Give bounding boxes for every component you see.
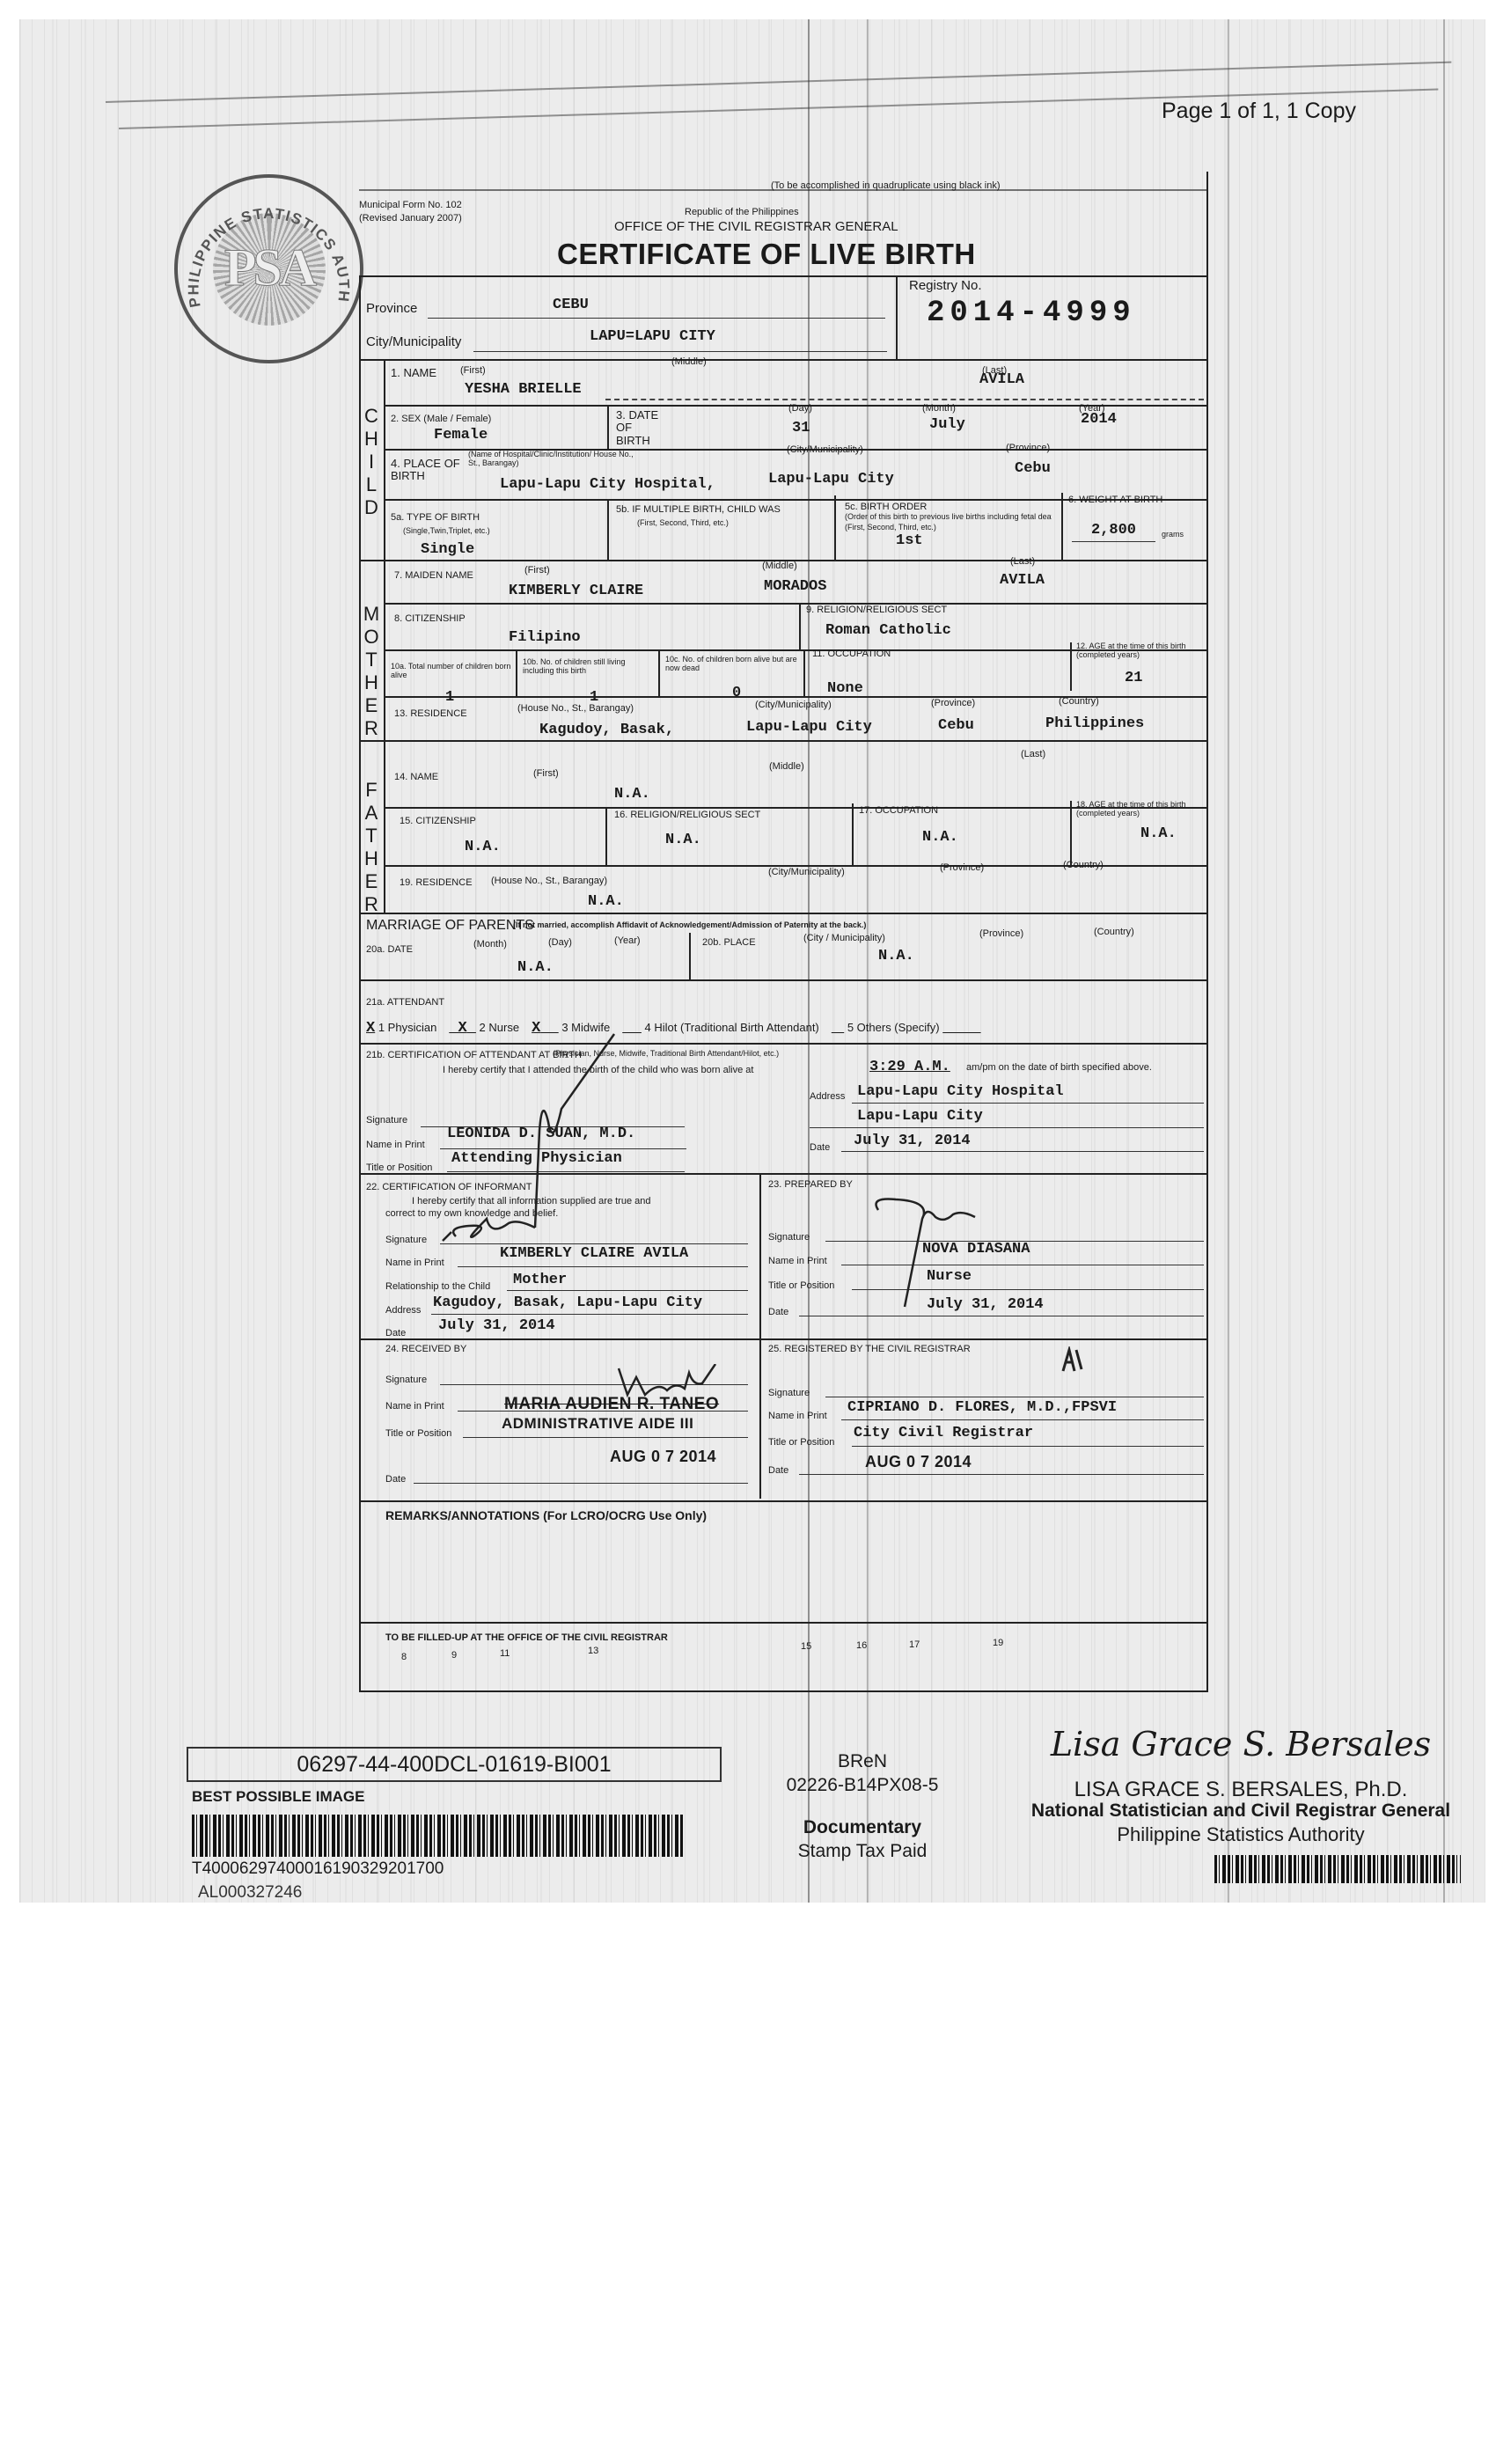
- mother-religion: Roman Catholic: [825, 622, 951, 639]
- document-code: 06297-44-400DCL-01619-BI001: [187, 1747, 722, 1782]
- mother-residence-country: Philippines: [1045, 715, 1144, 732]
- scan-streak: [1443, 19, 1445, 1903]
- mother-residence-province: Cebu: [938, 717, 974, 734]
- informant-relationship: Mother: [513, 1272, 567, 1288]
- serial-number: AL000327246: [198, 1883, 302, 1903]
- attendant-date: July 31, 2014: [854, 1133, 971, 1149]
- signatory-title: National Statistician and Civil Registra…: [1003, 1800, 1478, 1822]
- registrar-initials: [1059, 1346, 1085, 1373]
- mother-residence-city: Lapu-Lapu City: [746, 719, 872, 736]
- father-section-label: FATHER: [362, 779, 381, 916]
- republic-label: Republic of the Philippines: [685, 207, 799, 217]
- attendant-option-others: 5 Others (Specify): [832, 1021, 981, 1034]
- informant-signature: [438, 1210, 544, 1245]
- mother-last-name: AVILA: [1000, 572, 1045, 589]
- bren-label: BReN: [774, 1751, 950, 1772]
- mother-citizenship: Filipino: [509, 629, 581, 646]
- page-title: CERTIFICATE OF LIVE BIRTH: [557, 238, 976, 270]
- child-birth-city: Lapu-Lapu City: [768, 471, 894, 488]
- form-number: Municipal Form No. 102: [359, 200, 462, 210]
- preparer-signature: [861, 1192, 1001, 1316]
- receiver-title: ADMINISTRATIVE AIDE III: [502, 1415, 693, 1433]
- birth-certificate-form: Municipal Form No. 102 (Revised January …: [359, 180, 1208, 1676]
- registrar-date: AUG 0 7 2014: [865, 1453, 972, 1471]
- svg-text:PHILIPPINE STATISTICS AUTHORIT: PHILIPPINE STATISTICS AUTHORITY: [174, 174, 353, 309]
- mother-occupation: None: [827, 680, 863, 697]
- best-image-label: BEST POSSIBLE IMAGE: [192, 1788, 364, 1806]
- child-birth-hospital: Lapu-Lapu City Hospital,: [500, 476, 715, 493]
- child-first-name: YESHA BRIELLE: [465, 381, 582, 398]
- child-birth-weight: 2,800: [1091, 522, 1136, 539]
- signatory-name: LISA GRACE S. BERSALES, Ph.D.: [1003, 1778, 1478, 1802]
- barcode-small: [1214, 1855, 1461, 1883]
- attendant-option-hilot: 4 Hilot (Traditional Birth Attendant): [622, 1021, 819, 1034]
- child-name-label: 1. NAME: [391, 367, 436, 379]
- attendant-address-2: Lapu-Lapu City: [857, 1108, 983, 1125]
- registrar-title: City Civil Registrar: [854, 1425, 1033, 1441]
- city-label: City/Municipality: [366, 335, 461, 350]
- child-birth-month: July: [929, 416, 965, 433]
- bren-number: 02226-B14PX08-5: [752, 1775, 972, 1796]
- child-birth-day: 31: [792, 420, 810, 436]
- marriage-date: N.A.: [517, 959, 554, 976]
- child-birth-order: 1st: [896, 532, 923, 549]
- child-birth-year: 2014: [1081, 411, 1117, 428]
- attendant-options: X 1 Physician X 2 Nurse X 3 Midwife 4 Hi…: [366, 1020, 981, 1037]
- stamp-tax-line1: Documentary: [752, 1817, 972, 1838]
- attendant-address-1: Lapu-Lapu City Hospital: [857, 1083, 1064, 1100]
- psa-seal: PSA PHILIPPINE STATISTICS AUTHORITY: [174, 174, 363, 363]
- father-citizenship: N.A.: [465, 839, 501, 855]
- registry-number: 2014-4999: [927, 297, 1136, 330]
- barcode: [192, 1815, 685, 1857]
- province-value: CEBU: [553, 297, 589, 313]
- child-section-label: CHILD: [362, 405, 381, 519]
- city-value: LAPU=LAPU CITY: [590, 328, 715, 345]
- child-birth-province: Cebu: [1015, 460, 1051, 477]
- father-occupation: N.A.: [922, 829, 958, 846]
- registry-label: Registry No.: [909, 279, 982, 294]
- child-birth-type: Single: [421, 541, 474, 558]
- father-age: N.A.: [1140, 825, 1177, 842]
- signatory-org: Philippine Statistics Authority: [1003, 1823, 1478, 1846]
- marriage-place: N.A.: [878, 948, 914, 964]
- barcode-number: T40006297400016190329201700: [192, 1859, 444, 1879]
- father-religion: N.A.: [665, 832, 701, 848]
- attendant-option-nurse: X 2 Nurse: [449, 1020, 519, 1037]
- page-label: Page 1 of 1, 1 Copy: [1162, 99, 1356, 124]
- mother-first-name: KIMBERLY CLAIRE: [509, 583, 643, 599]
- remarks-label: REMARKS/ANNOTATIONS (For LCRO/OCRG Use O…: [385, 1509, 707, 1522]
- receiver-signature: [614, 1364, 720, 1399]
- registrar-name: CIPRIANO D. FLORES, M.D.,FPSVI: [847, 1399, 1117, 1416]
- mother-section-label: MOTHER: [362, 603, 381, 740]
- father-residence: N.A.: [588, 893, 624, 910]
- form-revision: (Revised January 2007): [359, 213, 462, 224]
- mother-middle-name: MORADOS: [764, 578, 826, 595]
- office-use-label: TO BE FILLED-UP AT THE OFFICE OF THE CIV…: [385, 1632, 668, 1643]
- office-label: OFFICE OF THE CIVIL REGISTRAR GENERAL: [614, 220, 898, 235]
- birth-time: 3:29 A.M.: [869, 1059, 950, 1075]
- registrar-general-signature: Lisa Grace S. Bersales: [1003, 1725, 1478, 1764]
- scan-streak: [1228, 19, 1229, 1903]
- province-label: Province: [366, 302, 417, 317]
- mother-residence-house: Kagudoy, Basak,: [539, 722, 674, 738]
- seal-ring-text: PHILIPPINE STATISTICS AUTHORITY: [174, 174, 363, 363]
- mother-age: 21: [1125, 670, 1142, 686]
- marriage-heading: MARRIAGE OF PARENTS: [366, 918, 534, 934]
- attendant-option-physician: X 1 Physician: [366, 1020, 436, 1037]
- mother-children-dead: 0: [732, 685, 741, 701]
- receiver-date: AUG 0 7 2014: [610, 1448, 716, 1466]
- child-last-name: AVILA: [979, 371, 1024, 388]
- child-sex: Female: [434, 427, 488, 444]
- informant-date: July 31, 2014: [438, 1317, 555, 1334]
- stamp-tax-line2: Stamp Tax Paid: [752, 1841, 972, 1862]
- informant-name: KIMBERLY CLAIRE AVILA: [500, 1245, 688, 1262]
- father-name: N.A.: [614, 786, 650, 803]
- informant-address: Kagudoy, Basak, Lapu-Lapu City: [433, 1294, 702, 1311]
